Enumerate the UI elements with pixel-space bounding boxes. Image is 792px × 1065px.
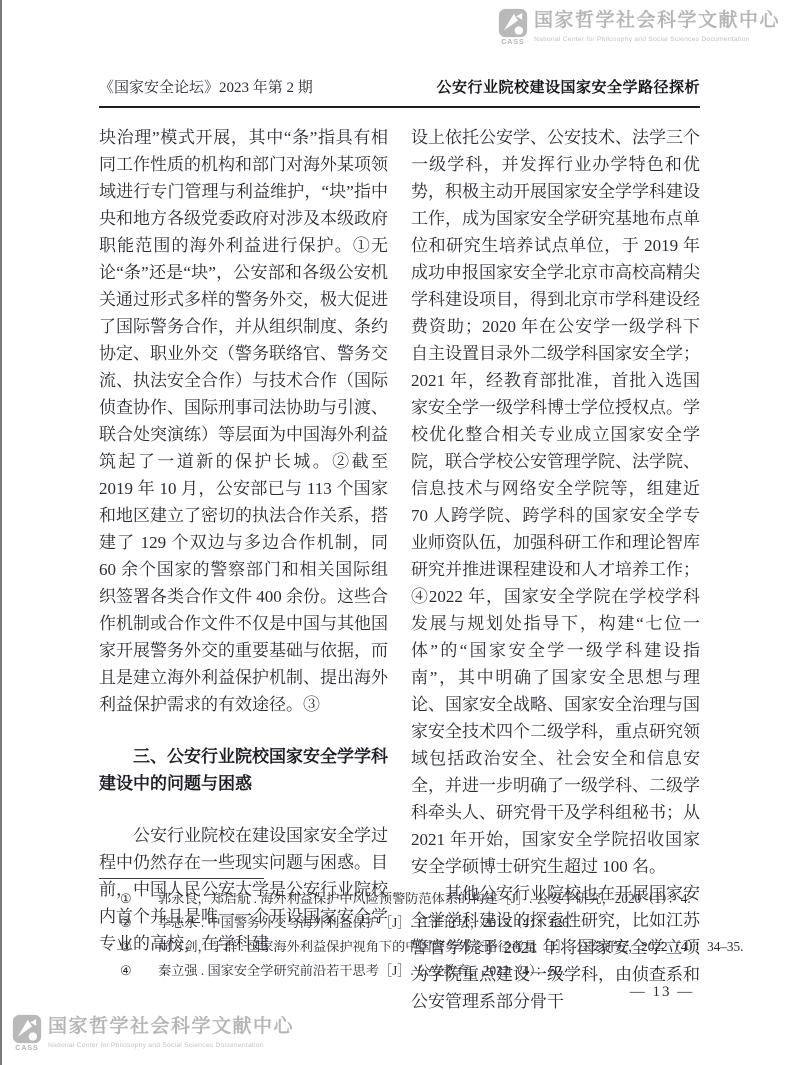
footnote: ① 郭永良，郑启航 . 海外利益保护中风险预警防范体系的构建［J］. 公安学研究… <box>99 887 783 911</box>
footnote: ③ 尚方剑，于群 . 国家海外利益保护视角下的中国警务外交路径考量［J］. 公安… <box>99 935 783 959</box>
footnotes: ① 郭永良，郑启航 . 海外利益保护中风险预警防范体系的构建［J］. 公安学研究… <box>99 878 783 983</box>
footnote-text: 郭永良，郑启航 . 海外利益保护中风险预警防范体系的构建［J］. 公安学研究，2… <box>158 887 783 911</box>
footnote-number: ② <box>99 911 158 935</box>
journal-issue: 《国家安全论坛》2023 年第 2 期 <box>99 76 313 97</box>
journal-page: CASS 国家哲学社会科学文献中心 National Center for Ph… <box>0 0 792 1065</box>
cass-logo-bottom: CASS 国家哲学社会科学文献中心 National Center for Ph… <box>12 1014 294 1052</box>
running-head: 《国家安全论坛》2023 年第 2 期 公安行业院校建设国家安全学路径探析 <box>99 76 700 108</box>
cass-logo-abbr: CASS <box>15 1045 38 1052</box>
cass-logo-name-en: National Center for Philosophy and Socia… <box>48 1042 294 1049</box>
cass-logo-icon <box>498 8 528 38</box>
page-number: — 13 — <box>582 984 742 1001</box>
cass-logo-name-zh: 国家哲学社会科学文献中心 <box>48 1014 294 1040</box>
footnote-divider <box>99 878 264 879</box>
footnote-number: ④ <box>99 959 158 983</box>
footnote: ④ 秦立强 . 国家安全学研究前沿若干思考［J］. 公安教育，2022（4）：5… <box>99 959 783 983</box>
footnote-number: ③ <box>99 935 158 959</box>
body-paragraph: 块治理”模式开展，其中“条”指具有相同工作性质的机构和部门对海外某项领域进行专门… <box>99 124 388 718</box>
footnote-text: 秦立强 . 国家安全学研究前沿若干思考［J］. 公安教育，2022（4）：52. <box>158 959 783 983</box>
section-heading: 三、公安行业院校国家安全学学科建设中的问题与困惑 <box>99 743 388 797</box>
cass-logo-icon-wrap: CASS <box>498 8 528 46</box>
footnote-number: ① <box>99 887 158 911</box>
cass-logo-name-en: National Center for Philosophy and Socia… <box>534 36 780 43</box>
article-title: 公安行业院校建设国家安全学路径探析 <box>436 76 700 97</box>
cass-logo-abbr: CASS <box>501 39 524 46</box>
footnote-text: 李志永 . 中国警务外交与海外利益保护［J］. 江淮论坛，2015（4）：126… <box>158 911 783 935</box>
footnote-text: 尚方剑，于群 . 国家海外利益保护视角下的中国警务外交路径考量［J］. 公安研究… <box>158 935 783 959</box>
cass-logo-icon-wrap: CASS <box>12 1014 42 1052</box>
footnote: ② 李志永 . 中国警务外交与海外利益保护［J］. 江淮论坛，2015（4）：1… <box>99 911 783 935</box>
cass-logo-icon <box>12 1014 42 1044</box>
cass-logo-top: CASS 国家哲学社会科学文献中心 National Center for Ph… <box>498 8 780 46</box>
cass-logo-name-zh: 国家哲学社会科学文献中心 <box>534 8 780 34</box>
body-paragraph: 设上依托公安学、公安技术、法学三个一级学科，并发挥行业办学特色和优势，积极主动开… <box>411 124 700 880</box>
